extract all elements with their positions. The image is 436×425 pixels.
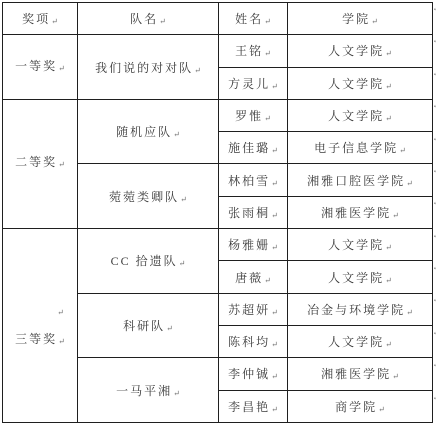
- paragraph-mark: [384, 335, 392, 350]
- paragraph-mark: [57, 58, 65, 77]
- cell-member-college: 电子信息学院: [288, 132, 433, 164]
- award-label: 三等奖: [15, 332, 57, 346]
- member-college: 冶金与环境学院: [307, 303, 405, 317]
- team-label: 一马平湘: [116, 384, 172, 398]
- paragraph-mark: [172, 125, 180, 140]
- cell-award-second: 二等奖: [3, 99, 78, 228]
- empty-paragraph-line: [3, 302, 77, 321]
- paragraph-mark: [158, 12, 166, 27]
- member-name: 施佳璐: [228, 141, 270, 155]
- paragraph-mark: [384, 44, 392, 59]
- paragraph-mark: [384, 77, 392, 92]
- paragraph-mark: [57, 154, 65, 173]
- paragraph-mark: [263, 12, 271, 27]
- award-label: 二等奖: [15, 155, 57, 169]
- member-college: 湘雅医学院: [321, 367, 391, 381]
- paragraph-mark: [179, 190, 187, 205]
- paragraph-mark: [270, 335, 278, 350]
- cell-member-name: 杨雅姗: [219, 229, 288, 261]
- table-row: 二等奖 随机应队 罗惟 人文学院: [3, 99, 433, 131]
- member-name: 李昌艳: [228, 400, 270, 414]
- paragraph-mark: [405, 174, 413, 189]
- paragraph-mark: [370, 12, 378, 27]
- cell-team-name: 随机应队: [78, 99, 219, 164]
- paragraph-mark: [377, 400, 385, 415]
- team-label: 随机应队: [116, 125, 172, 139]
- header-college: 学院: [288, 3, 433, 35]
- paragraph-mark: [270, 174, 278, 189]
- cell-member-name: 李仲铖: [219, 358, 288, 390]
- paragraph-mark: [263, 109, 271, 124]
- cell-team-name: 科研队: [78, 293, 219, 358]
- paragraph-mark: [172, 384, 180, 399]
- award-label: 一等奖: [15, 59, 57, 73]
- cell-member-college: 湘雅医学院: [288, 358, 433, 390]
- cell-award-third: 三等奖: [3, 229, 78, 423]
- member-college: 人文学院: [328, 271, 384, 285]
- paragraph-mark: [263, 271, 271, 286]
- member-college: 人文学院: [328, 238, 384, 252]
- document-page: { "page": { "background_color": "#ffffff…: [0, 0, 436, 425]
- cell-member-name: 陈科均: [219, 325, 288, 357]
- member-name: 唐薇: [235, 271, 263, 285]
- cell-team-name: 菀菀类卿队: [78, 164, 219, 229]
- cell-team-name: 我们说的对对队: [78, 35, 219, 100]
- header-award-label: 奖项: [22, 12, 50, 26]
- header-college-label: 学院: [342, 12, 370, 26]
- cell-member-college: 人文学院: [288, 99, 433, 131]
- paragraph-mark: [391, 367, 399, 382]
- member-college: 商学院: [335, 400, 377, 414]
- cell-member-name: 苏超妍: [219, 293, 288, 325]
- team-label: 科研队: [123, 319, 165, 333]
- member-name: 张雨桐: [228, 206, 270, 220]
- cell-member-college: 人文学院: [288, 261, 433, 293]
- header-name-label: 姓名: [235, 12, 263, 26]
- cell-member-college: 湘雅口腔医学院: [288, 164, 433, 196]
- member-college: 人文学院: [328, 77, 384, 91]
- cell-member-name: 李昌艳: [219, 390, 288, 422]
- paragraph-mark: [56, 302, 64, 321]
- member-name: 李仲铖: [228, 367, 270, 381]
- table-row: 一等奖 我们说的对对队 王铭 人文学院: [3, 35, 433, 67]
- paragraph-mark: [384, 109, 392, 124]
- paragraph-mark: [193, 61, 201, 76]
- cell-member-name: 唐薇: [219, 261, 288, 293]
- cell-member-name: 林柏雪: [219, 164, 288, 196]
- cell-member-college: 人文学院: [288, 229, 433, 261]
- member-name: 林柏雪: [228, 174, 270, 188]
- cell-member-college: 湘雅医学院: [288, 196, 433, 228]
- cell-member-name: 张雨桐: [219, 196, 288, 228]
- cell-team-name: CC 拾遗队: [78, 229, 219, 294]
- member-college: 人文学院: [328, 109, 384, 123]
- paragraph-mark: [263, 44, 271, 59]
- member-name: 苏超妍: [228, 303, 270, 317]
- cell-member-college: 人文学院: [288, 67, 433, 99]
- paragraph-mark: [57, 331, 65, 350]
- header-team-label: 队名: [130, 12, 158, 26]
- paragraph-mark: [270, 141, 278, 156]
- member-college: 湘雅医学院: [321, 206, 391, 220]
- team-label: 我们说的对对队: [95, 61, 193, 75]
- paragraph-mark: [398, 141, 406, 156]
- member-name: 陈科均: [228, 335, 270, 349]
- paragraph-mark: [270, 238, 278, 253]
- member-college: 人文学院: [328, 335, 384, 349]
- member-name: 罗惟: [235, 109, 263, 123]
- cell-member-college: 人文学院: [288, 325, 433, 357]
- award-results-table: 奖项 队名 姓名 学院 一等奖 我们说的对对队 王铭 人文学院 方灵儿 人文学院…: [2, 2, 433, 423]
- paragraph-mark: [270, 367, 278, 382]
- member-name: 王铭: [235, 44, 263, 58]
- paragraph-mark: [405, 303, 413, 318]
- table-header-row: 奖项 队名 姓名 学院: [3, 3, 433, 35]
- team-label: CC 拾遗队: [111, 254, 178, 268]
- paragraph-mark: [270, 303, 278, 318]
- cell-award-first: 一等奖: [3, 35, 78, 100]
- cell-member-name: 方灵儿: [219, 67, 288, 99]
- cell-member-college: 人文学院: [288, 35, 433, 67]
- cell-team-name: 一马平湘: [78, 358, 219, 423]
- cell-member-college: 商学院: [288, 390, 433, 422]
- header-award: 奖项: [3, 3, 78, 35]
- cell-member-name: 施佳璐: [219, 132, 288, 164]
- paragraph-mark: [165, 319, 173, 334]
- member-college: 湘雅口腔医学院: [307, 174, 405, 188]
- cell-member-name: 罗惟: [219, 99, 288, 131]
- paragraph-mark: [50, 12, 58, 27]
- paragraph-mark: [384, 271, 392, 286]
- paragraph-mark: [178, 254, 186, 269]
- paragraph-mark: [270, 77, 278, 92]
- member-name: 杨雅姗: [228, 238, 270, 252]
- member-name: 方灵儿: [228, 77, 270, 91]
- cell-member-college: 冶金与环境学院: [288, 293, 433, 325]
- paragraph-mark: [384, 238, 392, 253]
- member-college: 人文学院: [328, 44, 384, 58]
- cell-member-name: 王铭: [219, 35, 288, 67]
- team-label: 菀菀类卿队: [109, 190, 179, 204]
- paragraph-mark: [391, 206, 399, 221]
- table-row: 三等奖 CC 拾遗队 杨雅姗 人文学院: [3, 229, 433, 261]
- paragraph-mark: [270, 206, 278, 221]
- paragraph-mark: [270, 400, 278, 415]
- header-team: 队名: [78, 3, 219, 35]
- header-name: 姓名: [219, 3, 288, 35]
- member-college: 电子信息学院: [314, 141, 398, 155]
